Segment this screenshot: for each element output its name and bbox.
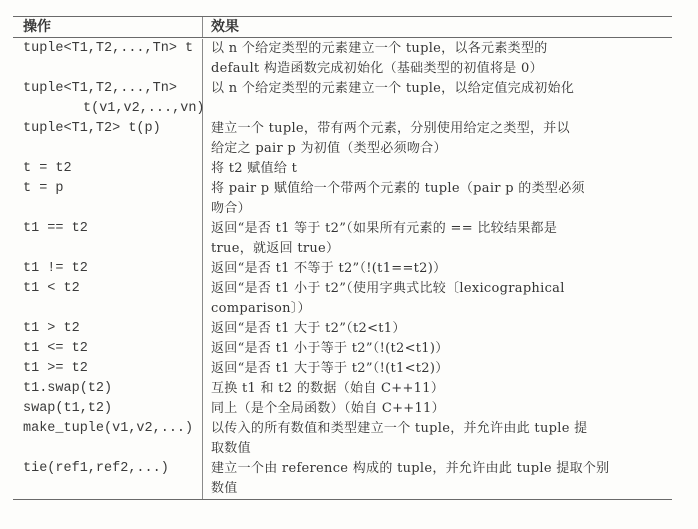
effect-text: 数值 (211, 479, 666, 499)
table-row: t1 >= t2返回“是否 t1 大于等于 t2”（!(t1<t2)） (13, 359, 672, 379)
effect-text: 返回“是否 t1 等于 t2”（如果所有元素的 == 比较结果都是 (211, 219, 666, 239)
effect-cell: 将 pair p 赋值给一个带两个元素的 tuple（pair p 的类型必须吻… (203, 179, 672, 219)
operation-cell: t = p (13, 179, 203, 219)
table-row: t1 > t2返回“是否 t1 大于 t2”（t2<t1） (13, 319, 672, 339)
operation-cell: swap(t1,t2) (13, 399, 203, 419)
effect-text: comparison〕） (211, 299, 666, 319)
effect-cell: 返回“是否 t1 小于等于 t2”（!(t2<t1)） (203, 339, 672, 359)
effect-text: 以传入的所有数值和类型建立一个 tuple，并允许由此 tuple 提 (211, 419, 666, 439)
operation-cell: tuple<T1,T2,...,Tn>t(v1,v2,...,vn) (13, 79, 203, 119)
effect-cell: 同上（是个全局函数）（始自 C++11） (203, 399, 672, 419)
operation-cell: t = t2 (13, 159, 203, 179)
effect-text: 返回“是否 t1 小于 t2”（使用字典式比较〔lexicographical (211, 279, 666, 299)
operation-text: t1 >= t2 (23, 359, 202, 379)
effect-text: 给定之 pair p 为初值（类型必须吻合） (211, 139, 666, 159)
table-row: make_tuple(v1,v2,...)以传入的所有数值和类型建立一个 tup… (13, 419, 672, 459)
effect-cell: 返回“是否 t1 大于等于 t2”（!(t1<t2)） (203, 359, 672, 379)
table-row: tie(ref1,ref2,...)建立一个由 reference 构成的 tu… (13, 459, 672, 499)
table-row: swap(t1,t2)同上（是个全局函数）（始自 C++11） (13, 399, 672, 419)
table-row: tuple<T1,T2,...,Tn> t以 n 个给定类型的元素建立一个 tu… (13, 38, 672, 79)
operation-text: tuple<T1,T2,...,Tn> t (23, 39, 202, 59)
operation-cell: t1 < t2 (13, 279, 203, 319)
effect-cell: 返回“是否 t1 大于 t2”（t2<t1） (203, 319, 672, 339)
effect-cell: 以传入的所有数值和类型建立一个 tuple，并允许由此 tuple 提取数值 (203, 419, 672, 459)
effect-text: 将 pair p 赋值给一个带两个元素的 tuple（pair p 的类型必须 (211, 179, 666, 199)
effect-cell: 以 n 个给定类型的元素建立一个 tuple，以给定值完成初始化 (203, 79, 672, 119)
operation-text: tie(ref1,ref2,...) (23, 459, 202, 479)
effect-text: 同上（是个全局函数）（始自 C++11） (211, 399, 666, 419)
effect-cell: 将 t2 赋值给 t (203, 159, 672, 179)
effect-text: 返回“是否 t1 不等于 t2”（!(t1==t2)） (211, 259, 666, 279)
table-row: t = t2将 t2 赋值给 t (13, 159, 672, 179)
table-row: t1 != t2返回“是否 t1 不等于 t2”（!(t1==t2)） (13, 259, 672, 279)
operation-cell: tuple<T1,T2,...,Tn> t (13, 39, 203, 79)
table-row: tuple<T1,T2,...,Tn>t(v1,v2,...,vn)以 n 个给… (13, 79, 672, 119)
table-body: tuple<T1,T2,...,Tn> t以 n 个给定类型的元素建立一个 tu… (13, 38, 672, 499)
effect-text: default 构造函数完成初始化（基础类型的初值将是 0） (211, 59, 666, 79)
operation-text: t1 < t2 (23, 279, 202, 299)
operation-text: t1 == t2 (23, 219, 202, 239)
operation-cell: t1 <= t2 (13, 339, 203, 359)
effect-cell: 以 n 个给定类型的元素建立一个 tuple，以各元素类型的default 构造… (203, 39, 672, 79)
table-row: t1 < t2返回“是否 t1 小于 t2”（使用字典式比较〔lexicogra… (13, 279, 672, 319)
operation-text: t = p (23, 179, 202, 199)
operation-text: tuple<T1,T2> t(p) (23, 119, 202, 139)
operation-text: t1 <= t2 (23, 339, 202, 359)
table-row: t1.swap(t2)互换 t1 和 t2 的数据（始自 C++11） (13, 379, 672, 399)
effect-text: 以 n 个给定类型的元素建立一个 tuple，以各元素类型的 (211, 39, 666, 59)
operation-cell: t1 > t2 (13, 319, 203, 339)
operation-text: t1.swap(t2) (23, 379, 202, 399)
operation-cell: t1 != t2 (13, 259, 203, 279)
operation-text: swap(t1,t2) (23, 399, 202, 419)
header-effect: 效果 (203, 17, 672, 37)
table-row: t = p将 pair p 赋值给一个带两个元素的 tuple（pair p 的… (13, 179, 672, 219)
operation-cell: tie(ref1,ref2,...) (13, 459, 203, 499)
header-operation: 操作 (13, 17, 203, 37)
table-header-row: 操作 效果 (13, 17, 672, 38)
effect-cell: 返回“是否 t1 等于 t2”（如果所有元素的 == 比较结果都是true，就返… (203, 219, 672, 259)
effect-text: 返回“是否 t1 大于 t2”（t2<t1） (211, 319, 666, 339)
table-row: t1 <= t2返回“是否 t1 小于等于 t2”（!(t2<t1)） (13, 339, 672, 359)
operation-text: t(v1,v2,...,vn) (23, 99, 202, 119)
effect-text: 以 n 个给定类型的元素建立一个 tuple，以给定值完成初始化 (211, 79, 666, 99)
operation-text: tuple<T1,T2,...,Tn> (23, 79, 202, 99)
effect-cell: 建立一个 tuple，带有两个元素，分别使用给定之类型，并以给定之 pair p… (203, 119, 672, 159)
operation-cell: t1.swap(t2) (13, 379, 203, 399)
effect-text: true，就返回 true） (211, 239, 666, 259)
tuple-operations-table: 操作 效果 tuple<T1,T2,...,Tn> t以 n 个给定类型的元素建… (13, 16, 672, 500)
operation-cell: make_tuple(v1,v2,...) (13, 419, 203, 459)
effect-text: 返回“是否 t1 小于等于 t2”（!(t2<t1)） (211, 339, 666, 359)
effect-cell: 互换 t1 和 t2 的数据（始自 C++11） (203, 379, 672, 399)
effect-cell: 返回“是否 t1 不等于 t2”（!(t1==t2)） (203, 259, 672, 279)
operation-text: t = t2 (23, 159, 202, 179)
operation-text: t1 > t2 (23, 319, 202, 339)
effect-text: 返回“是否 t1 大于等于 t2”（!(t1<t2)） (211, 359, 666, 379)
table-row: t1 == t2返回“是否 t1 等于 t2”（如果所有元素的 == 比较结果都… (13, 219, 672, 259)
operation-cell: t1 >= t2 (13, 359, 203, 379)
operation-cell: t1 == t2 (13, 219, 203, 259)
operation-cell: tuple<T1,T2> t(p) (13, 119, 203, 159)
effect-text: 将 t2 赋值给 t (211, 159, 666, 179)
effect-text: 建立一个 tuple，带有两个元素，分别使用给定之类型，并以 (211, 119, 666, 139)
effect-text: 建立一个由 reference 构成的 tuple，并允许由此 tuple 提取… (211, 459, 666, 479)
effect-cell: 返回“是否 t1 小于 t2”（使用字典式比较〔lexicographicalc… (203, 279, 672, 319)
effect-cell: 建立一个由 reference 构成的 tuple，并允许由此 tuple 提取… (203, 459, 672, 499)
operation-text: t1 != t2 (23, 259, 202, 279)
table-row: tuple<T1,T2> t(p)建立一个 tuple，带有两个元素，分别使用给… (13, 119, 672, 159)
effect-text: 取数值 (211, 439, 666, 459)
effect-text (211, 99, 666, 119)
operation-text: make_tuple(v1,v2,...) (23, 419, 202, 439)
effect-text: 互换 t1 和 t2 的数据（始自 C++11） (211, 379, 666, 399)
effect-text: 吻合） (211, 199, 666, 219)
